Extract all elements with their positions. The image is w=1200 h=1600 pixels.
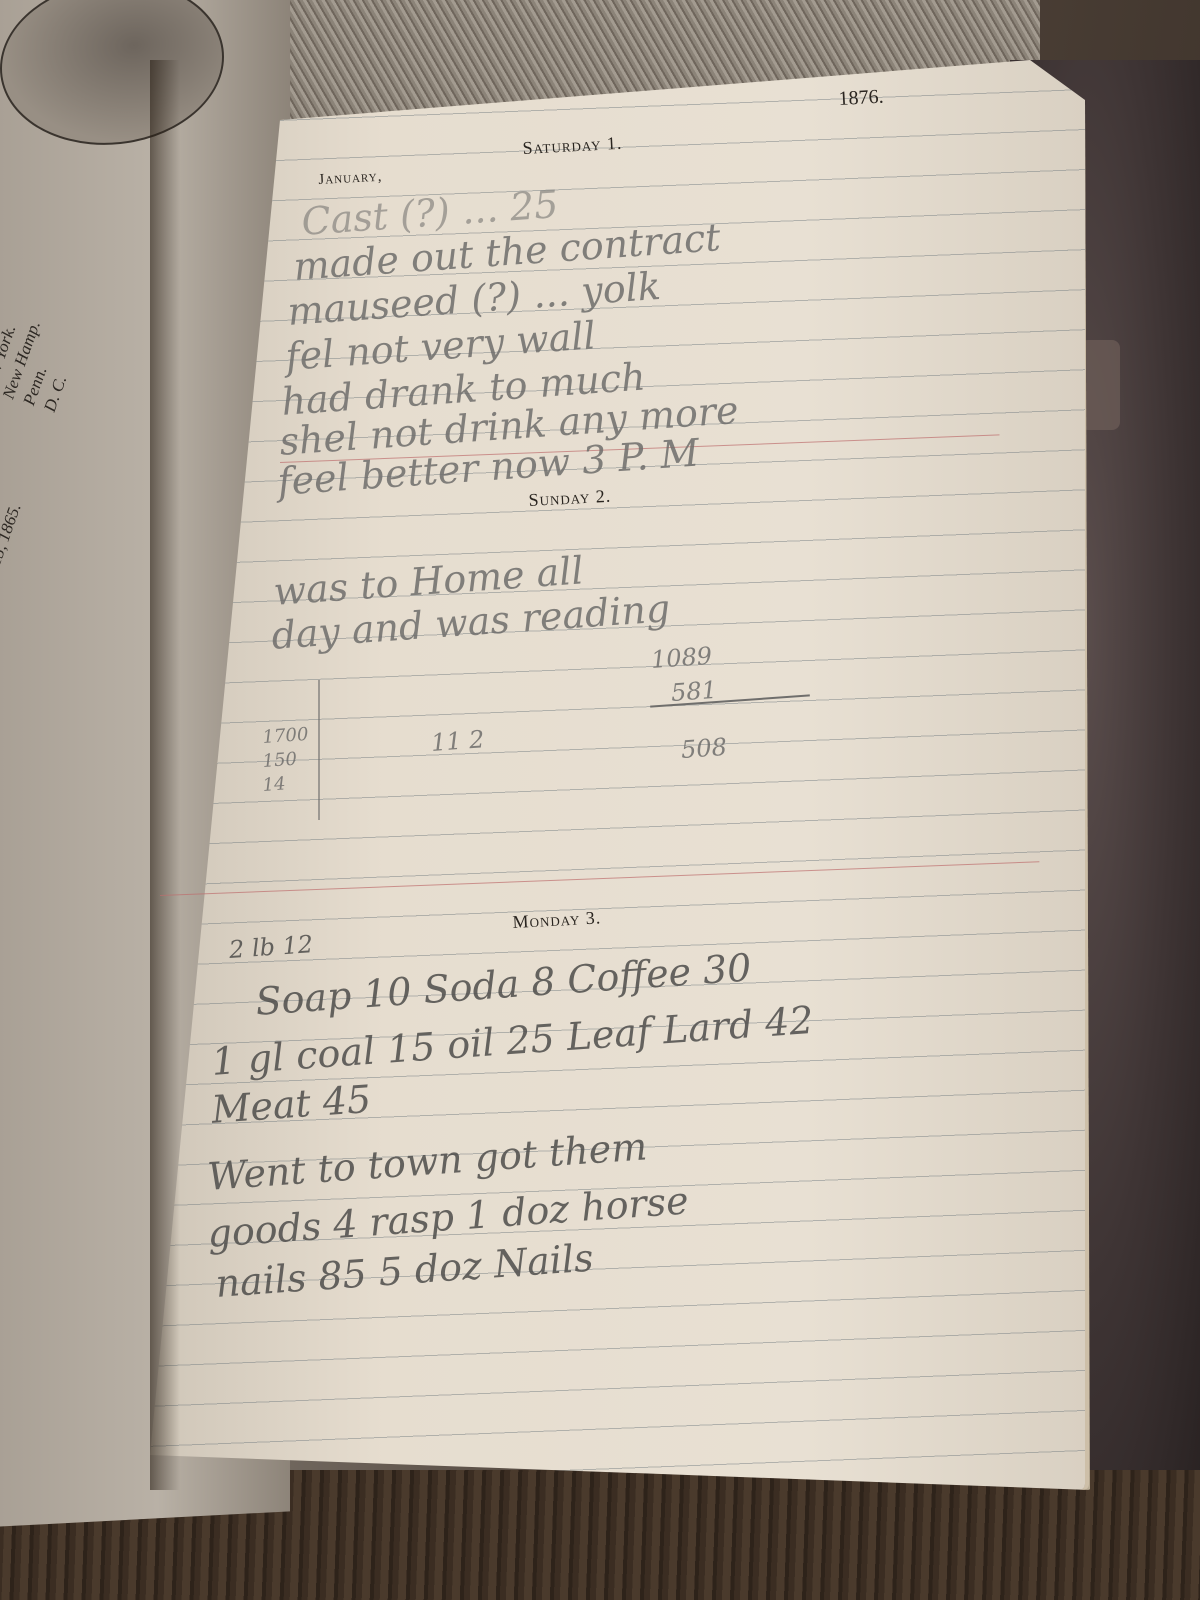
month-label: January, [318,169,383,189]
tally-value: 14 [262,774,286,796]
calc-result: 508 [680,732,728,765]
calc-side-note: 11 2 [430,724,485,758]
leather-scuff [1080,340,1120,430]
tally-divider [318,680,320,820]
tally-value: 1700 [262,725,309,748]
engraved-portrait-illustration [0,0,224,151]
year-label: 1876. [838,86,884,111]
tally-value: 150 [262,750,298,772]
diary-line: 2 lb 12 [228,929,314,965]
spine-shadow [150,60,180,1490]
day-heading-sunday: Sunday 2. [528,486,612,511]
calc-top: 1089 [650,641,713,675]
